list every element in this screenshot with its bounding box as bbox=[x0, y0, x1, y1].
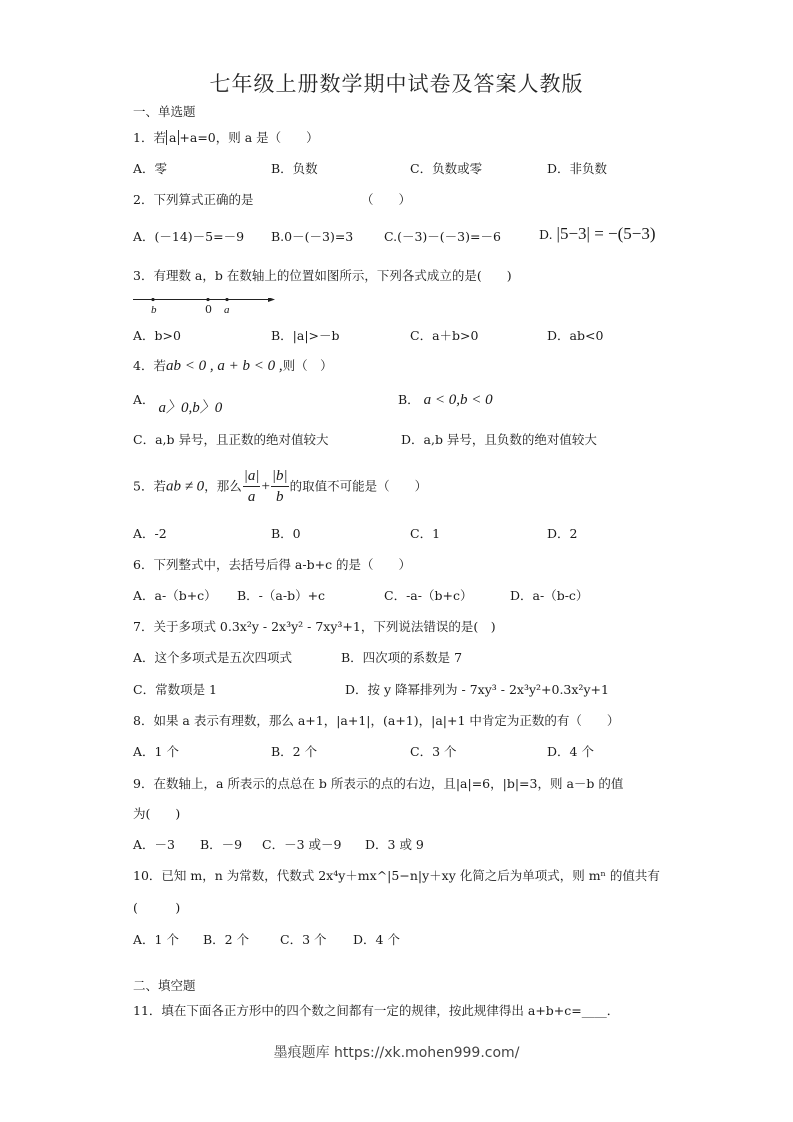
number-line-label-a: a bbox=[224, 302, 230, 318]
q6-option-c[interactable]: C．-a-（b+c） bbox=[384, 588, 472, 604]
q2-option-a[interactable]: A．(－14)－5=－9 bbox=[133, 229, 244, 245]
question-9-line-1: 9．在数轴上，a 所表示的点总在 b 所表示的点的右边，且|a|=6，|b|=3… bbox=[133, 776, 623, 792]
number-line-label-b: b bbox=[151, 302, 157, 318]
q1-stem-post: +a=0，则 a 是（ ） bbox=[179, 130, 318, 145]
q9-option-c[interactable]: C．－3 或－9 bbox=[262, 837, 341, 853]
q8-option-c[interactable]: C．3 个 bbox=[410, 744, 457, 760]
q8-option-d[interactable]: D．4 个 bbox=[547, 744, 594, 760]
q4-option-a-label: A． bbox=[133, 392, 155, 407]
q6-option-b[interactable]: B．-（a-b）+c bbox=[237, 588, 325, 604]
q4-option-b-math: a < 0,b < 0 bbox=[424, 392, 493, 408]
q5-stem-mid: ，那么 bbox=[204, 479, 242, 494]
q5-fraction-a: |a|a bbox=[243, 466, 261, 507]
q6-option-a[interactable]: A．a-（b+c） bbox=[133, 588, 217, 604]
q1-option-c[interactable]: C．负数或零 bbox=[410, 161, 482, 177]
number-line-label-0: 0 bbox=[205, 302, 212, 318]
q9-option-d[interactable]: D．3 或 9 bbox=[365, 837, 424, 853]
q10-option-a[interactable]: A．1 个 bbox=[133, 932, 179, 948]
q5-frac1-den: a bbox=[243, 487, 261, 507]
q4-stem-post: 则（ ） bbox=[283, 358, 333, 373]
question-9-line-2: 为( ) bbox=[133, 806, 180, 822]
q5-fraction-b: |b|b bbox=[271, 466, 289, 507]
q4-option-d[interactable]: D．a,b 异号，且负数的绝对值较大 bbox=[401, 432, 597, 448]
q4-option-b[interactable]: B． a < 0,b < 0 bbox=[398, 392, 493, 408]
q10-option-c[interactable]: C．3 个 bbox=[280, 932, 327, 948]
q1-option-a[interactable]: A．零 bbox=[133, 161, 167, 177]
q5-option-a[interactable]: A．-2 bbox=[133, 526, 167, 542]
q8-option-b[interactable]: B．2 个 bbox=[271, 744, 317, 760]
q2-option-d-math: |5−3| = −(5−3) bbox=[557, 224, 656, 243]
q2-paren: （ ） bbox=[361, 192, 411, 208]
question-11: 11．填在下面各正方形中的四个数之间都有一定的规律，按此规律得出 a+b+c=_… bbox=[133, 1003, 619, 1019]
q5-option-c[interactable]: C．1 bbox=[410, 526, 440, 542]
q4-option-a-math: a〉0,b〉0 bbox=[159, 400, 223, 416]
q4-option-b-label: B． bbox=[398, 392, 420, 407]
question-10-line-1: 10．已知 m，n 为常数，代数式 2x⁴y＋mx^|5−n|y＋xy 化简之后… bbox=[133, 868, 660, 884]
q5-option-d[interactable]: D．2 bbox=[547, 526, 577, 542]
section-heading-fill-in: 二、填空题 bbox=[133, 978, 196, 994]
q6-option-d[interactable]: D．a-（b-c） bbox=[510, 588, 588, 604]
q3-option-c[interactable]: C．a＋b>0 bbox=[410, 328, 478, 344]
q9-option-a[interactable]: A．－3 bbox=[133, 837, 175, 853]
question-5: 5．若ab ≠ 0，那么|a|a+|b|b的取值不可能是（ ） bbox=[133, 466, 427, 507]
q4-condition: ab < 0 , a + b < 0 , bbox=[166, 358, 283, 374]
q5-plus: + bbox=[261, 479, 269, 495]
question-10-line-2: ( ) bbox=[133, 900, 180, 916]
footer-watermark: 墨痕题库 https://xk.mohen999.com/ bbox=[0, 1042, 793, 1062]
q3-option-d[interactable]: D．ab<0 bbox=[547, 328, 603, 344]
q5-condition: ab ≠ 0 bbox=[166, 479, 204, 495]
q7-option-a[interactable]: A．这个多项式是五次四项式 bbox=[133, 650, 292, 666]
q5-stem-pre: 5．若 bbox=[133, 479, 166, 494]
q2-option-d-label: D. bbox=[539, 227, 553, 242]
question-6: 6．下列整式中，去括号后得 a-b+c 的是（ ） bbox=[133, 557, 411, 573]
q2-option-d[interactable]: D. |5−3| = −(5−3) bbox=[539, 226, 656, 243]
q8-option-a[interactable]: A．1 个 bbox=[133, 744, 179, 760]
question-4: 4．若ab < 0 , a + b < 0 ,则（ ） bbox=[133, 358, 333, 374]
q5-stem-post: 的取值不可能是（ ） bbox=[290, 479, 428, 494]
q10-option-b[interactable]: B．2 个 bbox=[203, 932, 249, 948]
q1-abs: a bbox=[166, 130, 179, 145]
q5-frac2-den: b bbox=[271, 487, 289, 507]
page-title: 七年级上册数学期中试卷及答案人教版 bbox=[0, 68, 793, 98]
q2-option-b[interactable]: B.0－(－3)=3 bbox=[271, 229, 353, 245]
question-3: 3．有理数 a，b 在数轴上的位置如图所示，下列各式成立的是( ) bbox=[133, 268, 512, 284]
q1-option-b[interactable]: B．负数 bbox=[271, 161, 318, 177]
q2-option-c[interactable]: C.(－3)－(－3)=－6 bbox=[384, 229, 501, 245]
q7-option-d[interactable]: D．按 y 降幂排列为 - 7xy³ - 2x³y²+0.3x²y+1 bbox=[345, 682, 609, 698]
question-1: 1．若a+a=0，则 a 是（ ） bbox=[133, 130, 319, 146]
q9-option-b[interactable]: B．－9 bbox=[200, 837, 242, 853]
q3-option-b[interactable]: B．|a|>－b bbox=[271, 328, 340, 344]
q5-frac2-num: |b| bbox=[271, 466, 289, 487]
q1-stem-pre: 1．若 bbox=[133, 130, 166, 145]
q4-stem-pre: 4．若 bbox=[133, 358, 166, 373]
q2-stem: 2．下列算式正确的是 bbox=[133, 192, 253, 207]
q7-option-c[interactable]: C．常数项是 1 bbox=[133, 682, 217, 698]
q4-option-a[interactable]: A． a〉0,b〉0 bbox=[133, 392, 222, 408]
question-2: 2．下列算式正确的是 （ ） bbox=[133, 192, 253, 208]
question-7: 7．关于多项式 0.3x²y - 2x³y² - 7xy³+1，下列说法错误的是… bbox=[133, 619, 496, 635]
q4-option-c[interactable]: C．a,b 异号，且正数的绝对值较大 bbox=[133, 432, 328, 448]
q7-option-b[interactable]: B．四次项的系数是 7 bbox=[341, 650, 462, 666]
q5-frac1-num: |a| bbox=[243, 466, 261, 487]
question-8: 8．如果 a 表示有理数，那么 a+1，|a+1|，(a+1)，|a|+1 中肯… bbox=[133, 713, 619, 729]
q10-option-d[interactable]: D．4 个 bbox=[353, 932, 400, 948]
q1-option-d[interactable]: D．非负数 bbox=[547, 161, 607, 177]
q3-option-a[interactable]: A．b>0 bbox=[133, 328, 181, 344]
q5-option-b[interactable]: B．0 bbox=[271, 526, 301, 542]
section-heading-single-choice: 一、单选题 bbox=[133, 104, 196, 120]
